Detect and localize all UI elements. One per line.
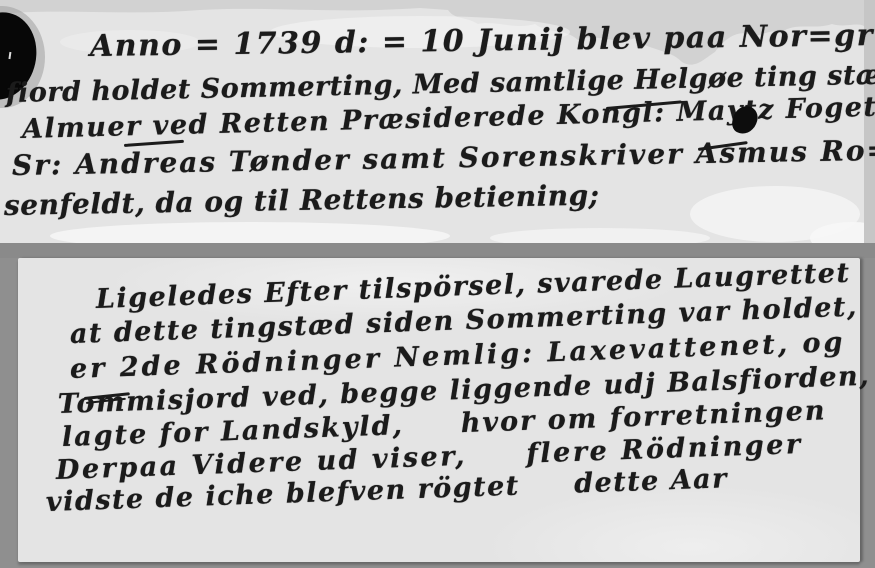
manuscript-scan-canvas: Anno = 1739 d: = 10 Junij blev paa Nor=g… bbox=[0, 0, 875, 568]
fragment-divider-band bbox=[0, 243, 875, 258]
